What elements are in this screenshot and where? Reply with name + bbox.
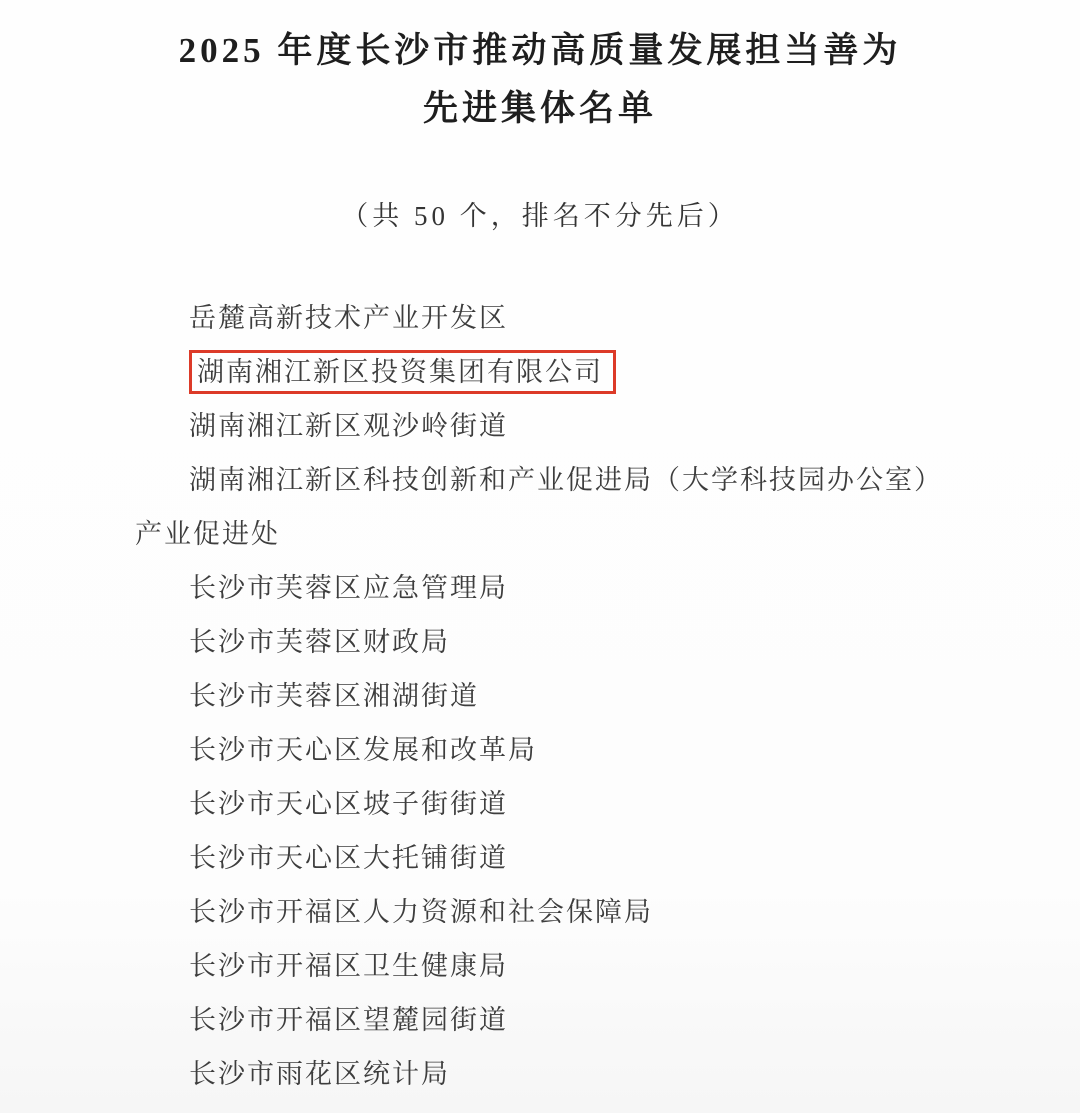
list-item: 长沙市天心区发展和改革局 (135, 723, 945, 777)
document-subtitle: （共 50 个，排名不分先后） (135, 196, 945, 236)
list-item: 长沙市开福区卫生健康局 (135, 939, 945, 993)
list-item: 岳麓高新技术产业开发区 (135, 291, 945, 345)
list-item: 长沙市芙蓉区应急管理局 (135, 561, 945, 615)
collectives-list: 岳麓高新技术产业开发区 湖南湘江新区投资集团有限公司 湖南湘江新区观沙岭街道 湖… (135, 291, 945, 1101)
list-item: 长沙市天心区大托铺街道 (135, 831, 945, 885)
document-page: 2025 年度长沙市推动高质量发展担当善为 先进集体名单 （共 50 个，排名不… (0, 0, 1080, 1113)
list-item: 长沙市开福区望麓园街道 (135, 993, 945, 1047)
highlight-box: 湖南湘江新区投资集团有限公司 (189, 350, 616, 394)
document-title: 2025 年度长沙市推动高质量发展担当善为 先进集体名单 (135, 22, 945, 138)
list-item: 长沙市芙蓉区湘湖街道 (135, 669, 945, 723)
list-item: 长沙市天心区坡子街街道 (135, 777, 945, 831)
title-line-2: 先进集体名单 (135, 80, 945, 138)
title-line-1: 2025 年度长沙市推动高质量发展担当善为 (135, 22, 945, 80)
list-item-highlighted: 湖南湘江新区投资集团有限公司 (135, 345, 945, 399)
list-item: 湖南湘江新区观沙岭街道 (135, 399, 945, 453)
list-item: 长沙市雨花区统计局 (135, 1047, 945, 1101)
list-item: 长沙市开福区人力资源和社会保障局 (135, 885, 945, 939)
list-item: 湖南湘江新区科技创新和产业促进局（大学科技园办公室）产业促进处 (135, 453, 945, 561)
list-item: 长沙市芙蓉区财政局 (135, 615, 945, 669)
